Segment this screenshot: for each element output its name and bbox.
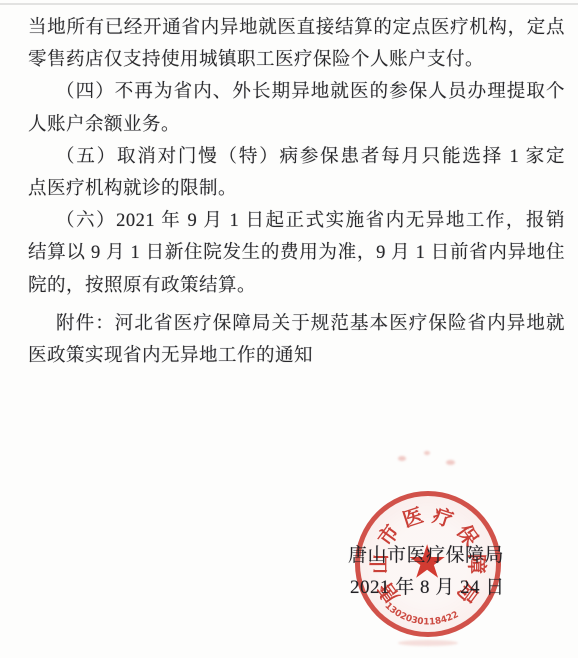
body-line: （五）取消对门慢（特）病参保患者每月只能选择 1 家定 [28, 141, 565, 173]
body-line: 医政策实现省内无异地工作的通知 [28, 340, 565, 372]
signature-org-name: 唐山市医疗保障局 [348, 540, 504, 567]
body-line: 当地所有已经开通省内异地就医直接结算的定点医疗机构，定点 [28, 12, 565, 44]
ink-smudge [446, 460, 455, 465]
body-line: 结算以 9 月 1 日新住院发生的费用为准，9 月 1 日前省内异地住 [28, 237, 565, 269]
body-text: 当地所有已经开通省内异地就医直接结算的定点医疗机构，定点零售药店仅支持使用城镇职… [28, 12, 565, 372]
seal-arc-char: 疗 [430, 506, 455, 531]
body-line: 点医疗机构就诊的限制。 [28, 173, 565, 205]
body-line: 零售药店仅支持使用城镇职工医疗保险个人账户支付。 [28, 44, 565, 76]
ink-smudge [398, 640, 458, 646]
signature-date: 2021 年 8 月 24 日 [350, 572, 505, 599]
body-line: 附件：河北省医疗保障局关于规范基本医疗保险省内异地就 [28, 308, 565, 340]
body-line: 院的，按照原有政策结算。 [28, 270, 565, 302]
page-edge-line [0, 3, 578, 5]
document-page: 当地所有已经开通省内异地就医直接结算的定点医疗机构，定点零售药店仅支持使用城镇职… [0, 0, 578, 658]
body-line: 人账户余额业务。 [28, 109, 565, 141]
seal-arc-char: 医 [401, 506, 426, 531]
ink-smudge [398, 456, 406, 461]
ink-smudge [424, 451, 430, 455]
body-line: （四）不再为省内、外长期异地就医的参保人员办理提取个 [28, 76, 565, 108]
body-line: （六）2021 年 9 月 1 日起正式实施省内无异地工作，报销 [28, 205, 565, 237]
